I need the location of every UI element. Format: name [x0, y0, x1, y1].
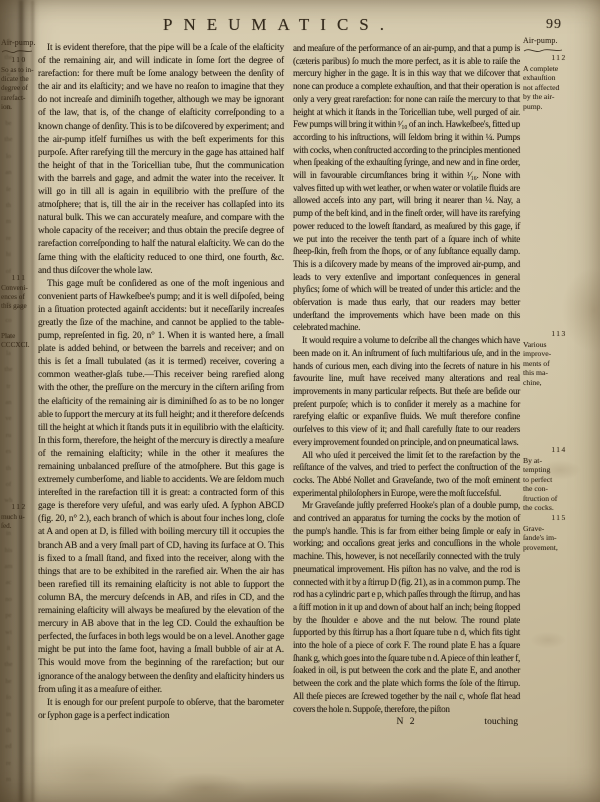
margin-note: 111 Conveni- ences of this gage	[1, 274, 37, 312]
margin-note-text: Various improve- ments of this ma- chine…	[523, 340, 595, 388]
margin-note: 113 Various improve- ments of this ma- c…	[523, 330, 595, 387]
margin-note: 112 much u- ſed.	[1, 503, 37, 531]
margin-note-number: 112	[523, 54, 595, 62]
margin-note-text: Conveni- ences of this gage	[1, 284, 37, 312]
margin-note-number: 113	[523, 330, 595, 338]
gutter-bleed-text: ch the w ho in be the lo an ſe th m re h…	[0, 34, 17, 789]
paragraph: Mr Graveſande juſtly preferred Hooke's p…	[293, 499, 520, 715]
signature-line: N 2 touching	[293, 716, 520, 730]
margin-note-text: So as to in- dicate the degree of rarefa…	[1, 66, 37, 113]
text-column-right: and meaſure of the performance of an air…	[293, 42, 520, 730]
page-crease	[31, 0, 34, 802]
margin-note-text: Air-pump.	[1, 38, 37, 47]
paragraph: This gage muſt be conſidered as one of t…	[38, 278, 284, 697]
page-crease	[19, 0, 23, 802]
text-column-left: It is evident therefore, that the pipe w…	[38, 42, 284, 730]
paragraph: All who uſed it perceived the limit ſet …	[293, 449, 520, 500]
margin-note-text: Air-pump.	[523, 36, 595, 46]
margin-note: 110 So as to in- dicate the degree of ra…	[1, 56, 37, 113]
margin-note-number: 112	[1, 503, 37, 511]
margin-note-text: A complete exhauſtion not affected by th…	[523, 64, 595, 112]
margin-note: Air-pump.	[523, 36, 595, 54]
text-columns: It is evident therefore, that the pipe w…	[38, 42, 520, 730]
swash-rule-icon	[1, 48, 33, 55]
margin-note-text: Grave- ſande's im- provement,	[523, 524, 595, 553]
margin-note-number: 114	[523, 446, 595, 454]
scan-page: ch the w ho in be the lo an ſe th m re h…	[0, 0, 600, 802]
page-number: 99	[546, 17, 562, 33]
margin-note-text: much u- ſed.	[1, 513, 37, 532]
paragraph: It would require a volume to deſcribe al…	[293, 334, 520, 448]
margin-note: 112 A complete exhauſtion not affected b…	[523, 54, 595, 111]
margin-note-text: By at- tempting to perfect the con- ſtru…	[523, 456, 595, 514]
margin-note: 114 By at- tempting to perfect the con- …	[523, 446, 595, 513]
paragraph: It is evident therefore, that the pipe w…	[38, 42, 284, 278]
margin-note: Air-pump.	[1, 38, 37, 55]
running-head: PNEUMATICS.	[38, 15, 520, 35]
paragraph: and meaſure of the performance of an air…	[293, 42, 520, 334]
catchword: touching	[484, 716, 518, 727]
margin-note-number: 115	[523, 514, 595, 522]
paragraph: It is enough for our preſent purpoſe to …	[38, 697, 284, 723]
margin-note-number: 111	[1, 274, 37, 282]
margin-note: Plate CCCXCI.	[1, 332, 37, 351]
margin-note-number: 110	[1, 56, 37, 64]
margin-note: 115 Grave- ſande's im- provement,	[523, 514, 595, 552]
margin-note-text: Plate CCCXCI.	[1, 332, 37, 351]
